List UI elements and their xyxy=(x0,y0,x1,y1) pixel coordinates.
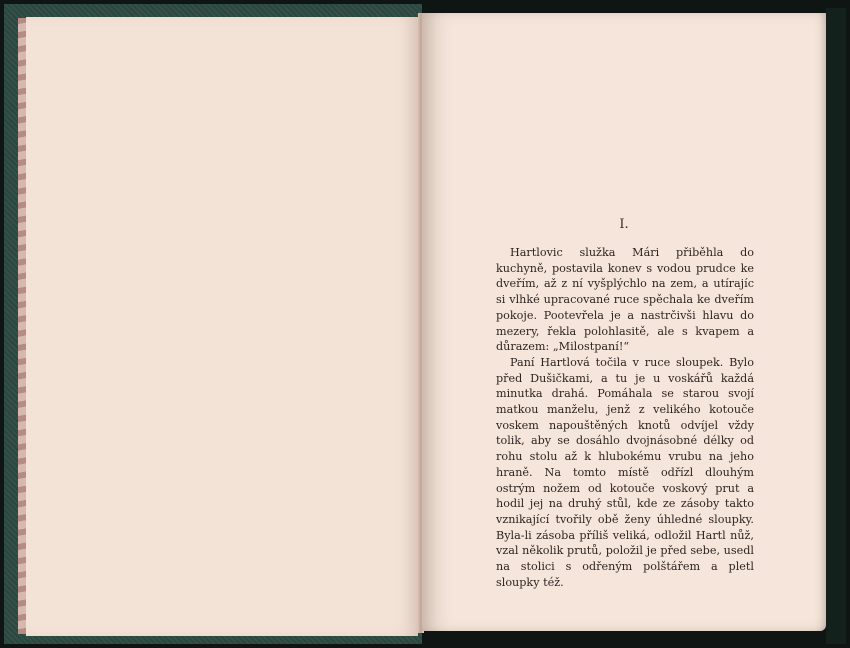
right-page: I. Hartlovic služka Mári přiběhla do kuc… xyxy=(422,13,826,631)
paragraph-2: Paní Hartlová točila v ruce sloupek. Byl… xyxy=(496,355,754,591)
body-text: Hartlovic služka Mári přiběhla do kuchyn… xyxy=(496,245,754,590)
endpaper-edge xyxy=(18,18,26,634)
book-cover-right-edge xyxy=(826,8,846,644)
left-page-blank xyxy=(26,17,418,636)
chapter-number: I. xyxy=(422,217,826,232)
paragraph-1: Hartlovic služka Mári přiběhla do kuchyn… xyxy=(496,245,754,355)
